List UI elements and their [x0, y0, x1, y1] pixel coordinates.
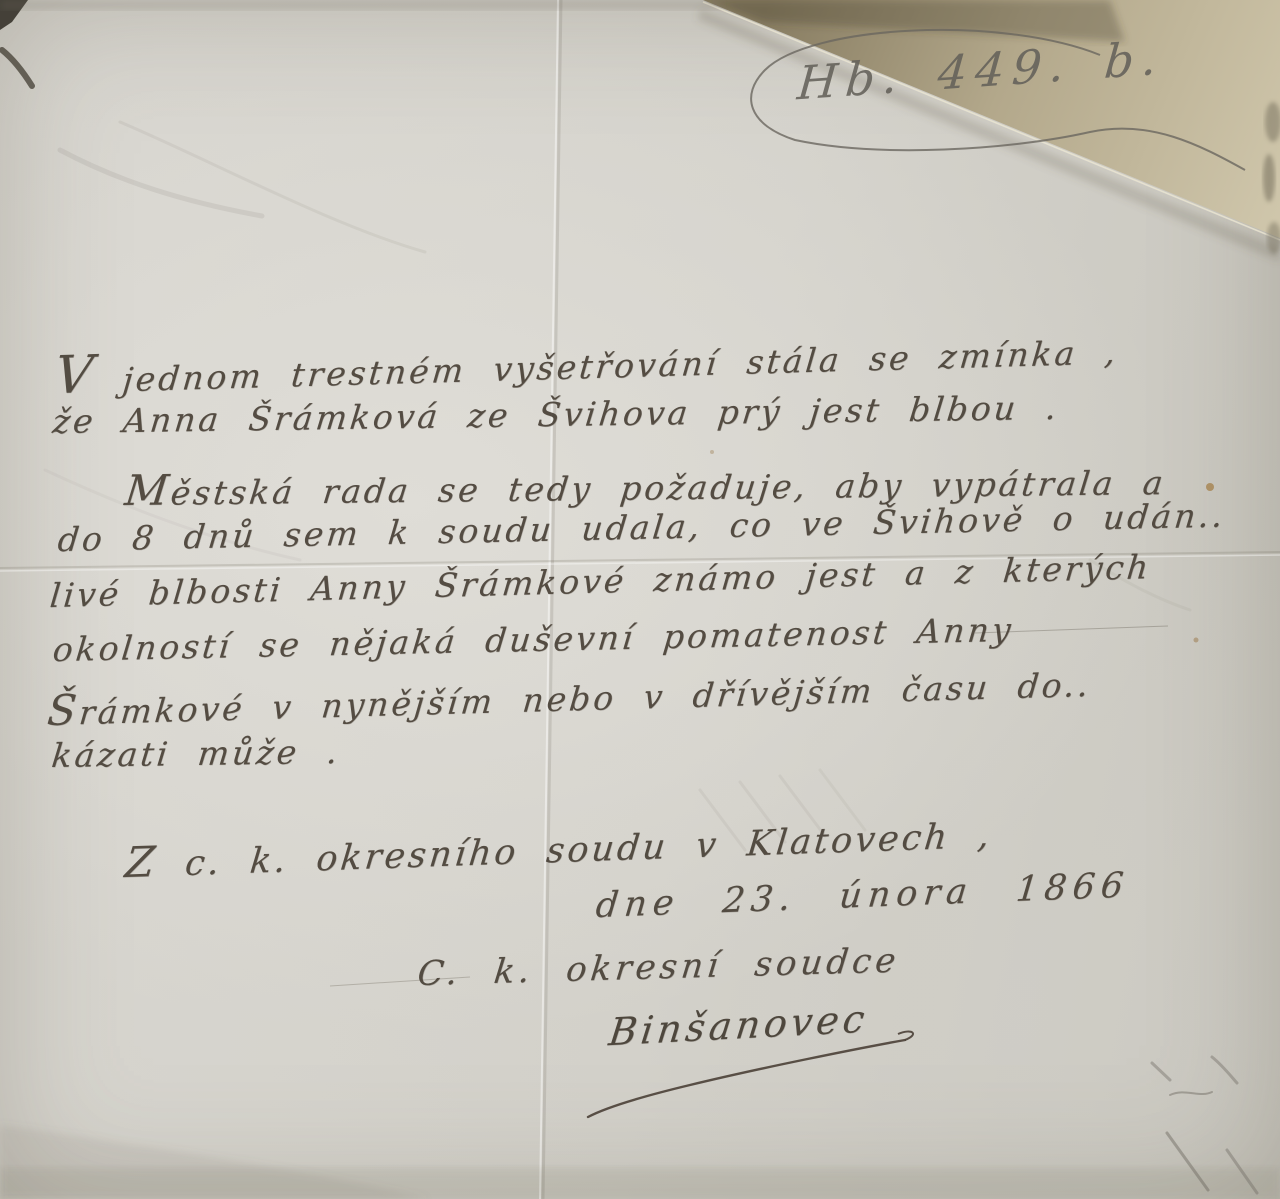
document-photo: Hb. 449. b. V jednom trestném vyšetřován… — [0, 0, 1280, 1199]
letter-line: kázati může . — [50, 732, 343, 775]
page-fold-corner — [698, 0, 1280, 262]
corner-stain — [0, 0, 32, 86]
